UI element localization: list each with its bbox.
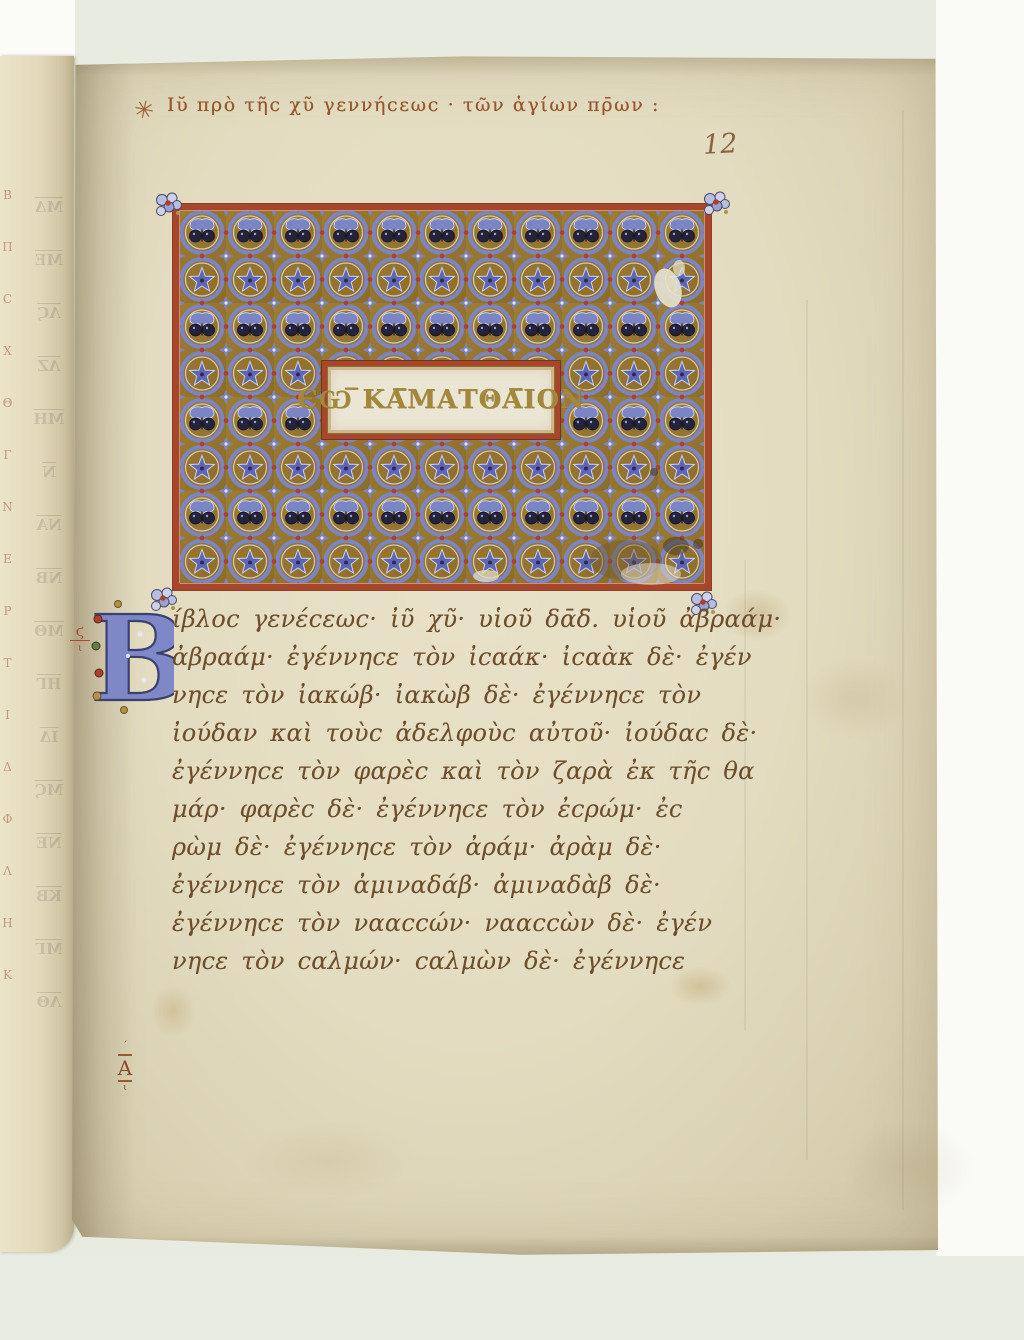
fore-edge-letter: Ι	[1, 708, 14, 722]
fore-edge-letter: Ν	[1, 500, 14, 514]
bleedthrough-numeral: ΚΒ	[30, 887, 68, 905]
text-line: ἀβραάμ· ἐγέννηϲε τὸν ἰϲαάκ· ἰϲαὰκ δὲ· ἐγ…	[172, 642, 757, 672]
previous-folio-edge	[0, 56, 74, 1252]
canon-number: ι	[70, 644, 90, 654]
fore-edge-letter: Π	[1, 240, 14, 254]
text-line: ἐγέννηϲε τὸν νααϲϲών· νααϲϲὼν δὲ· ἐγέν	[172, 908, 757, 938]
fore-edge-letter: Τ	[1, 656, 14, 670]
manuscript-photo: ΜΔΜΕΛϚΛΖΜΗΝΝΑΝΒΜΘΗΓΙΔΜϚΝΕΚΒΜΓΛΘ ΒΠϹΧΘΓΝΕ…	[0, 0, 1024, 1340]
bleedthrough-numeral: ΜΗ	[30, 410, 68, 428]
fore-edge-letter: Β	[1, 188, 14, 202]
eusebian-section-mark: ϛ ι	[70, 624, 90, 654]
text-line: ἐγέννηϲε τὸν ἀμιναδάβ· ἀμιναδὰβ δὲ·	[172, 870, 757, 900]
text-line: νηϲε τὸν ἰακώβ· ἰακὼβ δὲ· ἐγέννηϲε τὸν	[172, 680, 757, 710]
fore-edge-letter: Ε	[1, 552, 14, 566]
section-number: ϛ	[70, 624, 90, 641]
page-number: 12	[702, 128, 738, 161]
text-line: ἐγέννηϲε τὸν φαρὲϲ καὶ τὸν ζαρὰ ἐκ τῆϲ θ…	[172, 756, 757, 786]
quire-bar	[118, 1080, 132, 1082]
fore-edge-letter: Γ	[1, 448, 14, 462]
bleedthrough-numeral: ΝΕ	[30, 834, 68, 852]
fold-line	[902, 110, 904, 1210]
gospel-title: ЄѠ̅ ΚΑ̅ΜΑΤΘΑ̅ΙΟΝ	[297, 385, 585, 415]
bleedthrough-numeral: Ν	[30, 463, 68, 481]
initial-letter: Β	[90, 594, 174, 724]
backing-board-top-left	[0, 0, 75, 58]
text-line: μάρ· φαρὲϲ δὲ· ἐγέννηϲε τὸν ἐϲρώμ· ἐϲ	[172, 794, 757, 824]
bleedthrough-numeral: ΛΖ	[30, 357, 68, 375]
fore-edge-letter: Κ	[1, 968, 14, 982]
text-line: ίβλοϲ γενέϲεωϲ· ἰῦ χῦ· υἱοῦ δᾱδ̄. υἱοῦ ἀ…	[172, 604, 757, 634]
corner-flower-icon	[701, 190, 731, 220]
bleedthrough-numeral: ΙΔ	[30, 728, 68, 746]
bleedthrough-numeral: ΛϚ	[30, 304, 68, 322]
bleedthrough-numeral: ΜΓ	[30, 940, 68, 958]
cartouche-field: ЄѠ̅ ΚΑ̅ΜΑΤΘΑ̅ΙΟΝ	[327, 366, 555, 434]
fore-edge-letter: Φ	[1, 812, 14, 826]
top-edge-shadow	[72, 54, 938, 76]
corner-flower-icon	[153, 191, 183, 221]
fore-edge-letter: Ϲ	[1, 292, 14, 306]
bleedthrough-numeral: ΝΑ	[30, 516, 68, 534]
quire-signature: ΄ Α ι	[114, 1042, 136, 1093]
illuminated-headpiece: ЄѠ̅ ΚΑ̅ΜΑΤΘΑ̅ΙΟΝ	[171, 202, 713, 592]
bottom-edge-shadow	[72, 1236, 938, 1256]
header-rubric: Ιῠ πρὸ τῆϲ χῦ γεννήϲεωϲ · τῶν ἁγίων πρ̄ω…	[167, 94, 660, 116]
bleedthrough-numeral: ΛΘ	[30, 993, 68, 1011]
bleedthrough-numeral: ΜΕ	[30, 251, 68, 269]
fore-edge-letter: Χ	[1, 344, 14, 358]
backing-board-right	[936, 0, 1024, 1340]
fore-edge-letter: Η	[1, 916, 14, 930]
title-cartouche: ЄѠ̅ ΚΑ̅ΜΑΤΘΑ̅ΙΟΝ	[322, 361, 560, 439]
quire-letter: Α	[114, 1058, 136, 1078]
fore-edge-letter: Ρ	[1, 604, 14, 618]
fore-edge-letter: Λ	[1, 864, 14, 878]
quire-accent: ΄	[114, 1042, 136, 1052]
quire-tick: ι	[114, 1084, 136, 1093]
bleedthrough-numeral: ΜϚ	[30, 781, 68, 799]
backing-board-bottom	[0, 1256, 1024, 1340]
text-line: ἰούδαν καὶ τοὺϲ ἀδελφοὺϲ αὐτοῦ· ἰούδαϲ δ…	[172, 718, 757, 748]
fore-edge-letter: Θ	[1, 396, 14, 410]
decorated-initial: Β	[88, 594, 174, 724]
bleedthrough-numeral: ΜΔ	[30, 198, 68, 216]
text-line: νηϲε τὸν ϲαλμών· ϲαλμὼν δὲ· ἐγέννηϲε	[172, 946, 757, 976]
fore-edge-letter: Δ	[1, 760, 14, 774]
bleedthrough-numeral: ΜΘ	[30, 622, 68, 640]
text-line: ρὼμ δὲ· ἐγέννηϲε τὸν ἀράμ· ἀρὰμ δὲ·	[172, 832, 757, 862]
bleedthrough-numeral: ΗΓ	[30, 675, 68, 693]
bleedthrough-numeral: ΝΒ	[30, 569, 68, 587]
fold-line	[806, 300, 808, 1160]
